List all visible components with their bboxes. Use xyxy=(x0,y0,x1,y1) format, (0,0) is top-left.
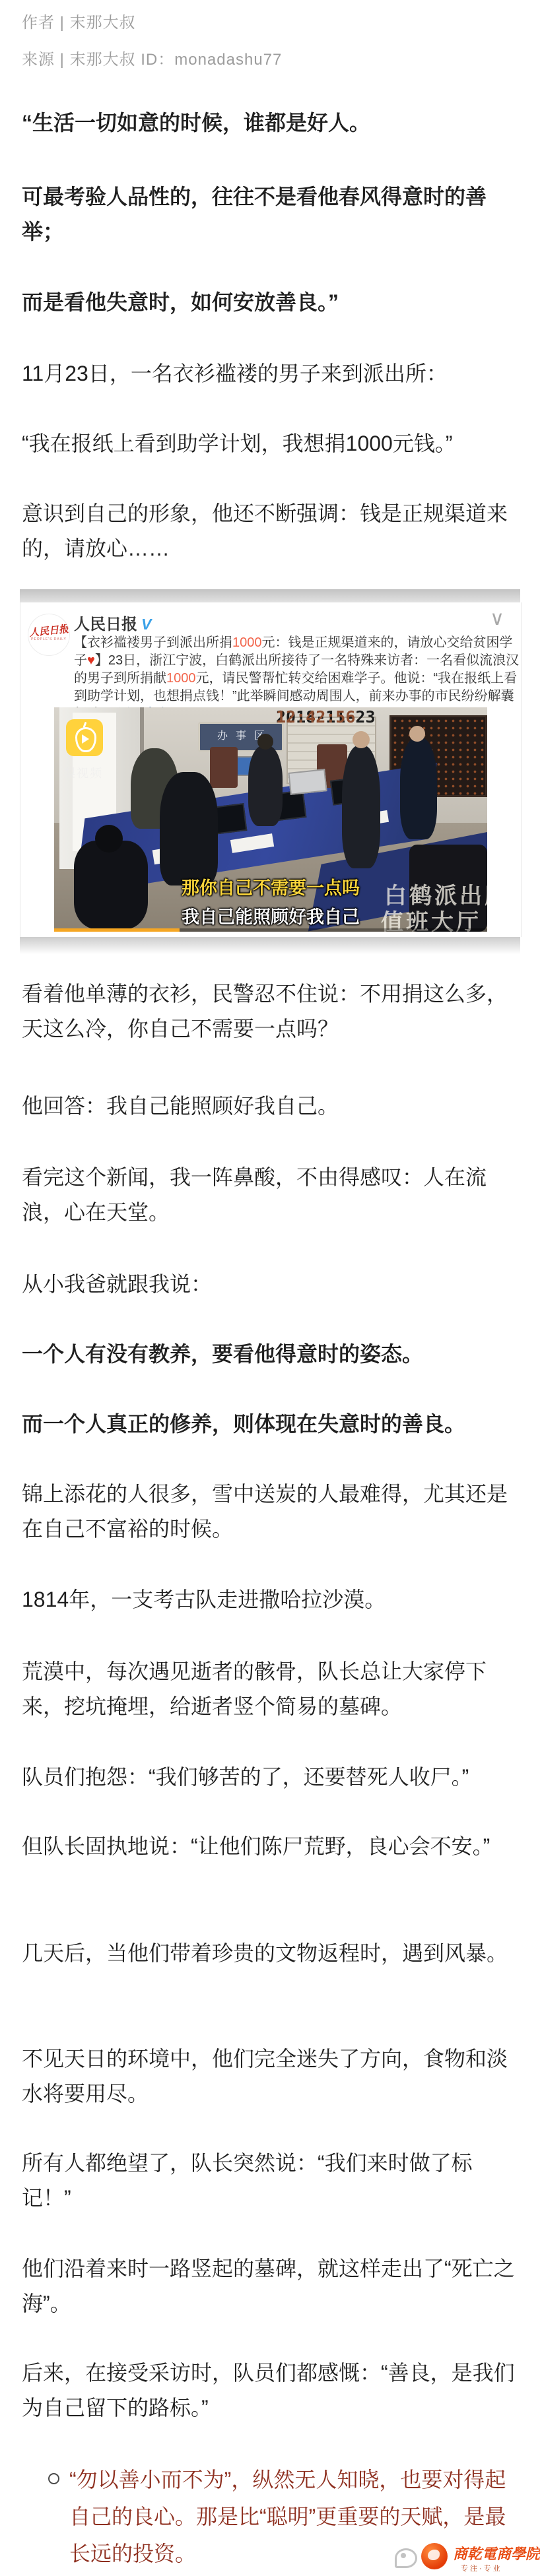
amount-highlight: 1000 xyxy=(166,671,196,686)
article-paragraph: 11月23日，一名衣衫褴褛的男子来到派出所： xyxy=(22,356,520,391)
author-line: 作者 | 末那大叔 xyxy=(22,9,523,32)
weibo-screenshot-bottom-shadow xyxy=(20,937,520,954)
article-paragraph: 看完这个新闻，我一阵鼻酸，不由得感叹：人在流浪，心在天堂。 xyxy=(22,1160,520,1230)
article-paragraph: 几天后，当他们带着珍贵的文物返程时，遇到风暴。 xyxy=(22,1936,520,1971)
donor-man-silhouette xyxy=(342,746,380,868)
weibo-eye-icon xyxy=(395,2548,417,2568)
policewoman-head xyxy=(409,726,425,742)
subtitle-answer: 我自己能照顾好我自己 xyxy=(54,903,487,928)
article-paragraph: 荒漠中，每次遇见逝者的骸骨，队长总让大家停下来，挖坑掩埋，给逝者竖个简易的墓碑。 xyxy=(22,1654,520,1724)
pear-video-watermark: 梨视频 xyxy=(63,764,103,781)
donor-man-head xyxy=(353,731,370,748)
article-paragraph: 一个人有没有教养，要看他得意时的姿态。 xyxy=(22,1337,520,1372)
article-paragraph: 意识到自己的形象，他还不断强调：钱是正规渠道来的，请放心…… xyxy=(22,496,520,566)
weibo-account-name[interactable]: 人民日报V xyxy=(74,611,151,634)
printer xyxy=(288,769,327,795)
logo-tagline: 专注·专业 xyxy=(461,2563,502,2573)
article-paragraph: “生活一切如意的时候，谁都是好人。 xyxy=(22,106,520,141)
play-triangle-icon xyxy=(82,734,89,744)
article-paragraph: 但队长固执地说：“让他们陈尸荒野，良心会不安。” xyxy=(22,1829,520,1864)
article-paragraph: 从小我爸就跟我说： xyxy=(22,1267,520,1302)
quote-bullet-icon xyxy=(48,2473,59,2484)
article-paragraph: 他回答：我自己能照顾好我自己。 xyxy=(22,1089,520,1124)
article-page: 作者 | 末那大叔 来源 | 末那大叔 ID：monadashu77 “生活一切… xyxy=(0,0,540,2576)
article-paragraph: “我在报纸上看到助学计划，我想捐1000元钱。” xyxy=(22,426,520,461)
weibo-eye-pupil xyxy=(401,2553,406,2558)
article-paragraph: 而是看他失意时，如何安放善良。” xyxy=(22,285,520,320)
article-paragraph: 可最考验人品性的，往往不是看他春风得意时的善举； xyxy=(22,179,520,249)
standing-man-silhouette xyxy=(248,746,283,826)
article-paragraph: 锦上添花的人很多，雪中送炭的人最难得，尤其还是在自己不富裕的时候。 xyxy=(22,1477,520,1547)
video-progress-bar[interactable] xyxy=(54,928,180,932)
article-paragraph: 看着他单薄的衣衫，民警忍不住说：不用捐这么多，天这么冷，你自己不需要一点吗？ xyxy=(22,977,520,1046)
article-paragraph: 队员们抱怨：“我们够苦的了，还要替死人收尸。” xyxy=(22,1760,520,1795)
article-paragraph: 他们沿着来时一路竖起的墓碑，就这样走出了“死亡之海”。 xyxy=(22,2251,520,2321)
amount-highlight: 1000 xyxy=(232,635,262,650)
officer-silhouette xyxy=(160,772,218,885)
article-paragraph: 所有人都绝望了，队长突然说：“我们来时做了标记！” xyxy=(22,2146,520,2216)
heart-icon: ♥ xyxy=(87,653,95,668)
collapse-chevron-icon[interactable]: ∨ xyxy=(490,607,504,630)
standing-man-head xyxy=(257,734,273,750)
bottom-watermark-logo: 商乾電商學院 专注·专业 xyxy=(395,2540,537,2573)
weibo-screenshot-top-edge xyxy=(20,589,520,602)
verified-badge-icon: V xyxy=(141,616,151,633)
chair xyxy=(210,747,238,788)
article-paragraph: 后来，在接受采访时，队员们都感慨：“善良，是我们为自己留下的路标。” xyxy=(22,2356,520,2426)
weibo-avatar[interactable]: 人民日报 PEOPLE'S DAILY xyxy=(28,614,70,656)
seated-person-head xyxy=(95,825,123,853)
source-line: 来源 | 末那大叔 ID：monadashu77 xyxy=(22,46,523,69)
video-player[interactable]: 办事区 2018-11-23 12:42:56 梨视频 白鹤派出所 值班大厅 xyxy=(54,707,487,932)
article-paragraph: 1814年，一支考古队走进撒哈拉沙漠。 xyxy=(22,1582,520,1617)
pear-video-logo-icon xyxy=(66,719,103,756)
article-paragraph: 不见天日的环境中，他们完全迷失了方向，食物和淡水将要用尽。 xyxy=(22,2042,520,2111)
article-paragraph: 而一个人真正的修养，则体现在失意时的善良。 xyxy=(22,1407,520,1442)
policewoman-silhouette xyxy=(400,738,437,839)
logo-name: 商乾電商學院 xyxy=(453,2543,539,2563)
subtitle-question: 那你自己不需要一点吗 xyxy=(54,874,487,899)
